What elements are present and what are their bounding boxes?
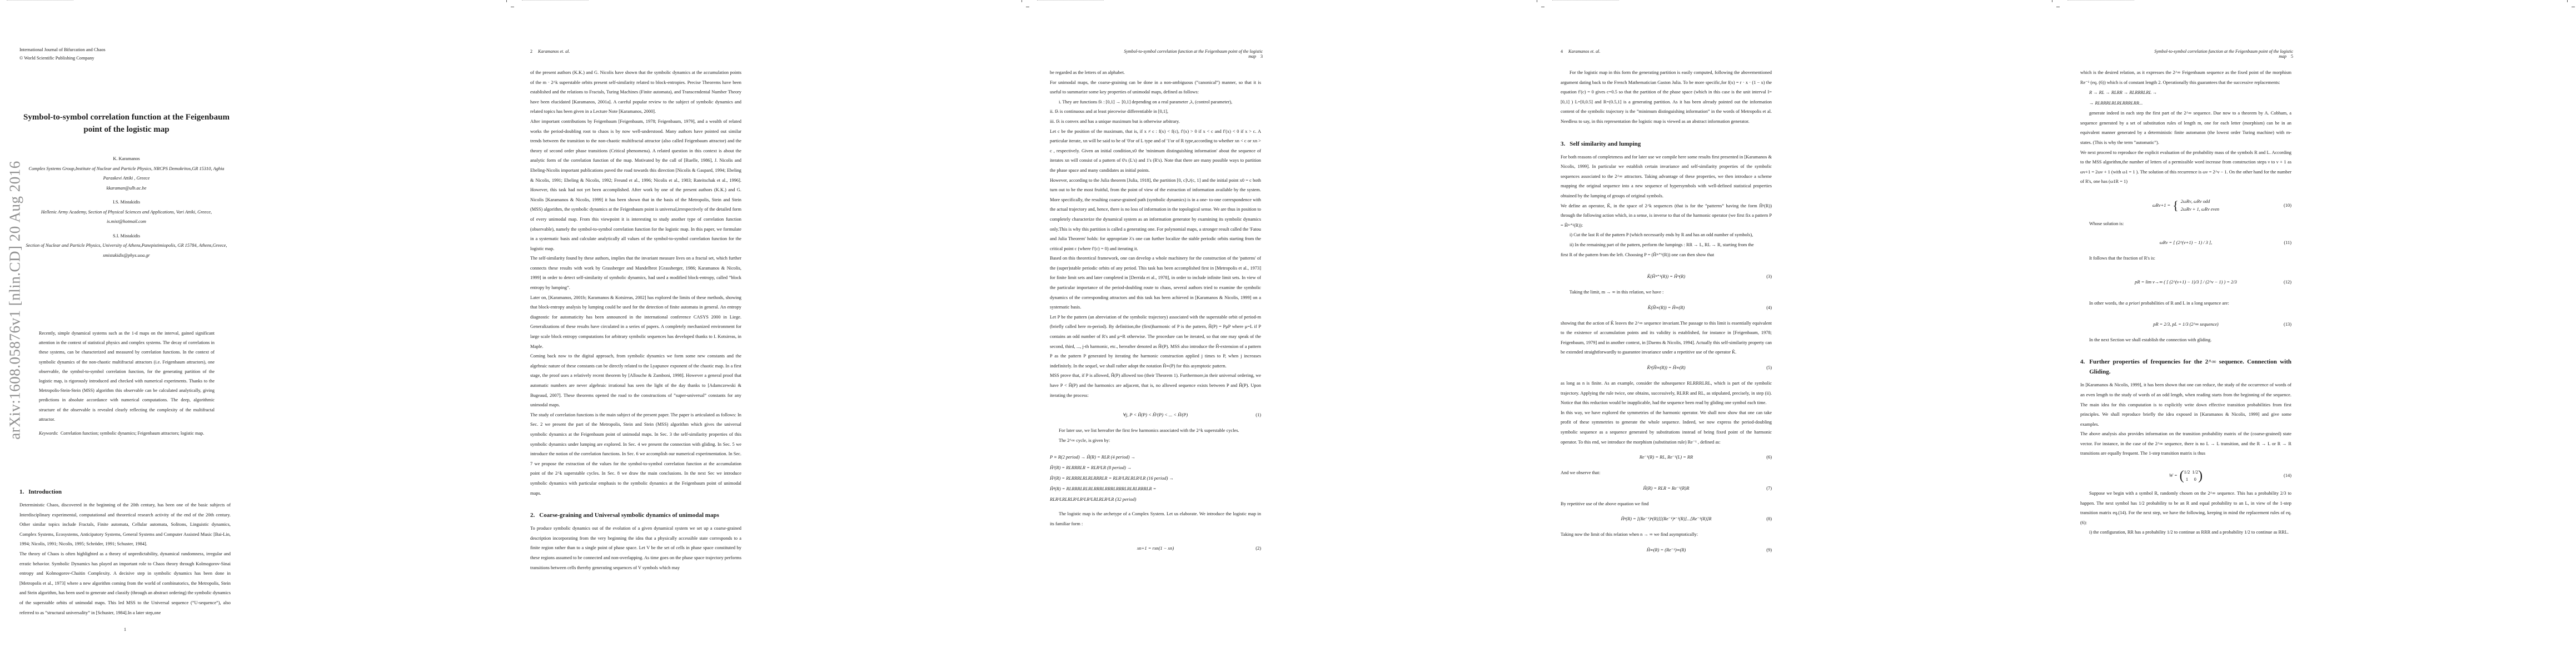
paragraph: which is the desired relation, as it exp… — [2080, 68, 2291, 87]
running-head: 4Karamanos et. al. — [1561, 49, 1600, 54]
paragraph: first R of the pattern from the left. Ch… — [1561, 250, 1772, 260]
paragraph: Coming back now to the digital approach,… — [530, 351, 741, 410]
brace: { — [2173, 200, 2179, 211]
header-mark — [1552, 0, 1619, 2]
paragraph: MSS prove that, if P is allowed, Ĥ(P) al… — [1050, 371, 1261, 400]
equation-1: ∀j, P < Ĥ(P) < Ĥ²(P) < ... < Ĥʲ(P) (1) — [1050, 410, 1261, 420]
paragraph: Later on, [Karamanos, 2001b; Karamanos &… — [530, 293, 741, 352]
paragraph: The 2^∞ cycle, is given by: — [1050, 436, 1261, 446]
transition-matrix: 1/2 1/2 1 0 — [2184, 469, 2198, 483]
paragraph: In the next Section we shall establish t… — [2080, 335, 2291, 345]
crop-mark — [2056, 7, 2060, 7]
paragraph: Deterministic Chaos, discovered in the b… — [19, 500, 231, 549]
body-text: 1.Introduction Deterministic Chaos, disc… — [19, 479, 231, 618]
paragraph: of the present authors (K.K.) and G. Nic… — [530, 68, 741, 117]
paragraph: To produce symbolic dynamics out of the … — [530, 524, 741, 573]
author-affiliation: Complex Systems Group,Institute of Nucle… — [19, 164, 233, 183]
author-affiliation: Section of Nuclear and Particle Physics,… — [19, 241, 233, 251]
equation-7: Ĥ(R) = RLR = Re⁻¹(R)R (7) — [1561, 484, 1772, 494]
paragraph: The above analysis also provides informa… — [2080, 429, 2291, 459]
list-item: ii. fλ is continuous and at least piecew… — [1050, 107, 1261, 117]
equation-5: K̂ⁿ(Ĥ∞(R)) = Ĥ∞(R) (5) — [1561, 363, 1772, 373]
paragraph: For unimodal maps, the coarse-graining c… — [1050, 78, 1261, 97]
paragraph: as long as n is finite. As an example, c… — [1561, 379, 1772, 408]
paragraph: be regarded as the letters of an alphabe… — [1050, 68, 1261, 78]
body-text: which is the desired relation, as it exp… — [2080, 68, 2291, 537]
paragraph: showing that the action of K̂ leaves the… — [1561, 318, 1772, 357]
abstract: Recently, simple dynamical systems such … — [39, 328, 215, 424]
paragraph: For the logistic map in this form the ge… — [1561, 68, 1772, 127]
equation-13: pR = 2/3, pL = 1/3 (2^∞ sequence) (13) — [2080, 320, 2291, 330]
author-block: K. Karamanos Complex Systems Group,Insti… — [19, 154, 233, 193]
author-list: K. Karamanos Complex Systems Group,Insti… — [19, 154, 233, 265]
author-block: S.I. Mistakidis Section of Nuclear and P… — [19, 231, 233, 261]
paragraph: The study of correlation functions is th… — [530, 410, 741, 498]
paragraph: We define an operator, K̂, in the space … — [1561, 201, 1772, 231]
author-email[interactable]: smistakidis@phys.uoa.gr — [19, 251, 233, 261]
page-1: arXiv:1608.05876v1 [nlin.CD] 20 Aug 2016… — [0, 0, 515, 667]
paragraph: Suppose we begin with a symbol R, random… — [2080, 489, 2291, 527]
author-email[interactable]: kkaraman@ulb.ac.be — [19, 183, 233, 193]
paragraph: Let c be the position of the maximum, th… — [1050, 127, 1261, 176]
equation-3: K̂(Ĥᵐ⁺¹(R)) = Ĥᵐ(R) (3) — [1561, 272, 1772, 282]
page-3: Symbol-to-symbol correlation function at… — [1030, 0, 1546, 667]
page-2: 2Karamanos et. al. of the present author… — [515, 0, 1030, 667]
paragraph: For later use, we list hereafter the fir… — [1050, 426, 1261, 436]
equation-14: W = ( 1/2 1/2 1 0 ) (14) — [2080, 469, 2291, 483]
paragraph: For both reasons of completeness and for… — [1561, 152, 1772, 201]
header-mark — [522, 0, 589, 2]
header-mark — [2067, 0, 2134, 2]
paragraph: generate indeed in each step the first p… — [2080, 108, 2291, 147]
list-item: ii) In the remaining part of the pattern… — [1561, 240, 1772, 250]
journal-header: International Journal of Bifurcation and… — [19, 46, 106, 62]
crop-mark — [2567, 0, 2568, 2]
keywords: Keywords: Correlation function; symbolic… — [39, 431, 204, 436]
section-heading: 1.Introduction — [19, 487, 231, 497]
author-name: S.I. Mistakidis — [19, 231, 233, 241]
paragraph: We next proceed to reproduce the explici… — [2080, 148, 2291, 187]
author-name: K. Karamanos — [19, 154, 233, 164]
equation-12: pR = lim ν→∞ ( [ (2^(ν+1) − 1)/3 ] / (2^… — [2080, 277, 2291, 287]
list-item: i. They are functions fλ : [0,1] → [0,1]… — [1050, 97, 1261, 107]
page-number: 1 — [0, 627, 250, 632]
page-4: 4Karamanos et. al. For the logistic map … — [1546, 0, 2061, 667]
running-head: 2Karamanos et. al. — [530, 49, 570, 54]
equation-8: Ĥⁿ(R) = [(Re⁻¹)ⁿ(R)][(Re⁻¹)ⁿ⁻¹(R)]...[Re… — [1561, 514, 1772, 524]
document-viewer: arXiv:1608.05876v1 [nlin.CD] 20 Aug 2016… — [0, 0, 2576, 667]
paragraph: The logistic map is the archetype of a C… — [1050, 509, 1261, 529]
equation-9: Ĥ∞(R) = (Re⁻¹)∞(R) (9) — [1561, 545, 1772, 555]
paragraph: Based on this theoretical framework, one… — [1050, 253, 1261, 312]
header-mark — [7, 0, 73, 2]
author-email[interactable]: is.mist@hotmail.com — [19, 217, 233, 227]
body-text: For the logistic map in this form the ge… — [1561, 68, 1772, 561]
paragraph: By repetitive use of the above equation … — [1561, 499, 1772, 509]
crop-mark — [2572, 7, 2575, 7]
list-item: i) Cut the last R of the pattern P (whic… — [1561, 230, 1772, 240]
body-text: be regarded as the letters of an alphabe… — [1050, 68, 1261, 559]
equation-6: Re⁻¹(R) = RL, Re⁻¹(L) = RR (6) — [1561, 452, 1772, 462]
paragraph: In [Karamanos & Nicolis, 1999], it has b… — [2080, 380, 2291, 429]
author-name: I.S. Mistakidis — [19, 197, 233, 207]
body-text: of the present authors (K.K.) and G. Nic… — [530, 68, 741, 573]
paragraph: Taking now the limit of this relation wh… — [1561, 530, 1772, 540]
paragraph: Taking the limit, m → ∞ in this relation… — [1561, 287, 1772, 297]
author-block: I.S. Mistakidis Hellenic Army Academy, S… — [19, 197, 233, 227]
page-5: Symbol-to-symbol correlation function at… — [2061, 0, 2576, 667]
paragraph: After important contributions by Feigenb… — [530, 117, 741, 253]
paragraph: Let P be the pattern (an abreviation of … — [1050, 312, 1261, 371]
cases: 2ωRν, ωRν odd 2ωRν + 1, ωRν even — [2181, 198, 2219, 213]
header-mark — [1037, 0, 1104, 2]
equation-4: K̂(Ĥ∞(R)) = Ĥ∞(R) (4) — [1561, 303, 1772, 313]
equation-2: xn+1 = rxn(1 − xn) (2) — [1050, 544, 1261, 554]
section-heading: 2.Coarse-graining and Universal symbolic… — [530, 510, 741, 520]
replacement-sequence: R → RL → RLRR → RLRRRLRL → → RLRRRLRLRLR… — [2089, 87, 2291, 108]
paragraph: And we observe that: — [1561, 468, 1772, 478]
paragraph: In this way, we have explored the symmet… — [1561, 408, 1772, 447]
paper-title: Symbol-to-symbol correlation function at… — [19, 111, 233, 136]
paragraph: i) the configuration, RR has a probabili… — [2080, 527, 2291, 537]
running-head: Symbol-to-symbol correlation function at… — [1118, 49, 1263, 59]
paragraph: The self-similarity found by these autho… — [530, 253, 741, 292]
section-heading: 4.Further properties of frequencies for … — [2080, 357, 2291, 377]
crop-mark — [1537, 0, 1537, 2]
paragraph: In other words, the a priori probabiliti… — [2080, 298, 2291, 308]
harmonics-list: P ≡ R(2 period) → Ĥ(R) = RLR (4 period) … — [1050, 452, 1261, 505]
crop-mark — [511, 7, 514, 7]
crop-mark — [1026, 7, 1029, 7]
crop-mark — [1022, 0, 1022, 2]
crop-mark — [2052, 0, 2052, 2]
paragraph: Whose solution is: — [2080, 219, 2291, 229]
paragraph: However, according to the Julia theorem … — [1050, 176, 1261, 254]
author-affiliation: Hellenic Army Academy, Section of Physic… — [19, 207, 233, 217]
paragraph: It follows that the fraction of R's is: — [2080, 253, 2291, 263]
crop-mark — [1541, 7, 1544, 7]
equation-11: ωRν = [ (2^(ν+1) − 1) / 3 ], (11) — [2080, 238, 2291, 248]
paragraph: The theory of Chaos is often highlighted… — [19, 549, 231, 618]
section-heading: 3.Self similarity and lumping — [1561, 139, 1772, 149]
running-head: Symbol-to-symbol correlation function at… — [2149, 49, 2293, 59]
list-item: iii. fλ is convex and has a unique maxim… — [1050, 117, 1261, 127]
equation-10: ωRν+1 = { 2ωRν, ωRν odd 2ωRν + 1, ωRν ev… — [2080, 198, 2291, 213]
crop-mark — [506, 0, 507, 2]
